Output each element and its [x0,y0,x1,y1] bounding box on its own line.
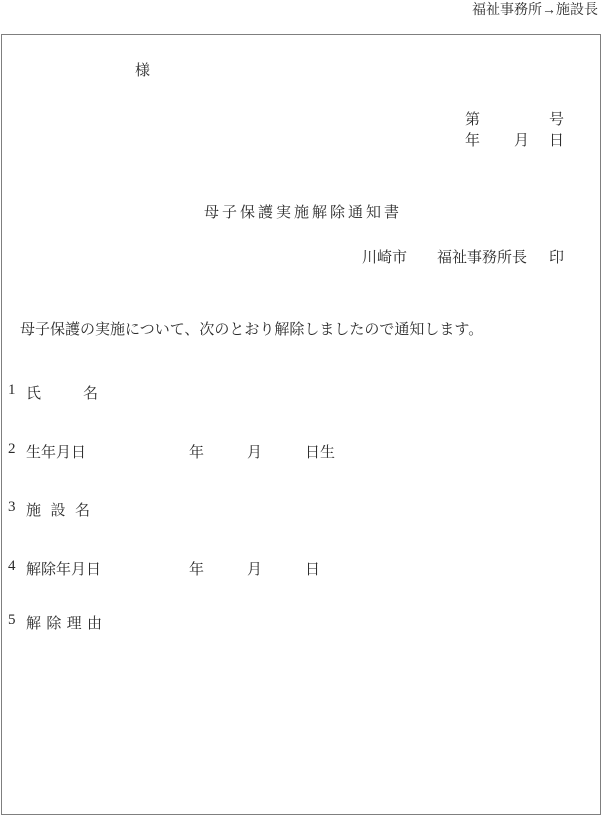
item-row-reason: 5 解除理由 [0,612,605,631]
issuer-city: 川崎市 [362,249,407,268]
item-number: 4 [8,558,16,575]
issue-date-month: 月 [514,132,529,151]
item-label-facility: 施設名 [26,499,90,520]
issuer-office-title: 福祉事務所長 [437,249,527,268]
issuer-seal-mark: 印 [549,249,564,268]
routing-note: 福祉事務所→施設長 [472,2,598,20]
item-label-birthdate: 生年月日 [26,441,86,462]
doc-number-prefix: 第 [465,111,480,130]
item-label-reason: 解除理由 [26,612,102,633]
release-month-label: 月 [247,558,262,579]
document-page: 福祉事務所→施設長 様 第 号 年 月 日 母子保護実施解除通知書 川崎市 福祉… [0,0,605,819]
birthdate-year-label: 年 [189,441,204,462]
item-row-birthdate: 2 生年月日 年 月 日生 [0,441,605,460]
issue-date-year: 年 [465,132,480,151]
birthdate-day-label: 日生 [305,441,335,462]
release-day-label: 日 [305,558,320,579]
item-number: 5 [8,612,16,629]
addressee-honorific: 様 [135,62,150,81]
document-title: 母子保護実施解除通知書 [204,204,402,223]
item-row-facility: 3 施設名 [0,499,605,518]
doc-number-suffix: 号 [549,111,564,130]
document-border [1,34,601,815]
release-year-label: 年 [189,558,204,579]
item-row-name: 1 氏名 [0,382,605,401]
birthdate-month-label: 月 [247,441,262,462]
issue-date-day: 日 [549,132,564,151]
item-number: 3 [8,499,16,516]
item-label-release-date: 解除年月日 [26,558,101,579]
item-number: 1 [8,382,16,399]
body-text: 母子保護の実施について、次のとおり解除しましたので通知します。 [20,321,483,340]
item-label-name: 氏名 [26,382,98,403]
item-row-release-date: 4 解除年月日 年 月 日 [0,558,605,577]
item-number: 2 [8,441,16,458]
